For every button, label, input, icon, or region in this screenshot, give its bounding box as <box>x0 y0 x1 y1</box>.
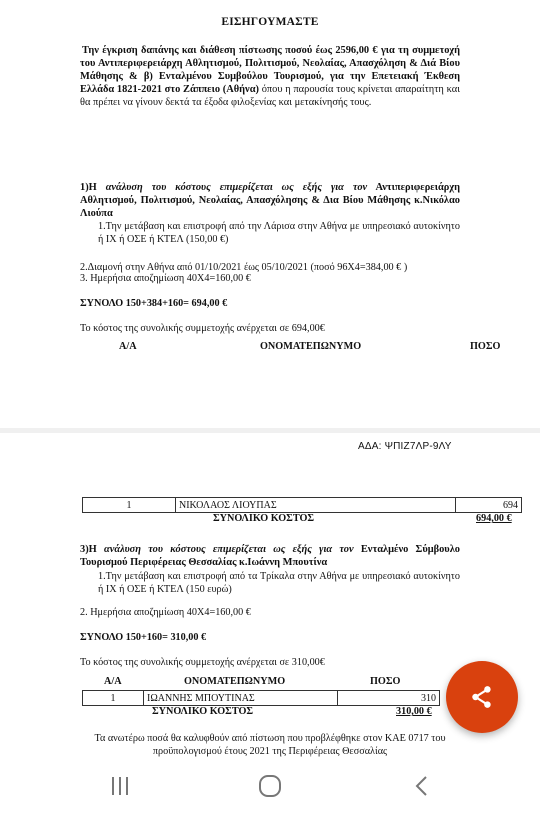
table1-header-aa: Α/Α <box>119 341 137 352</box>
ada-code: ΑΔΑ: ΨΠΙΖ7ΛΡ-9ΛΥ <box>358 441 452 452</box>
table1: 1 ΝΙΚΟΛΑΟΣ ΛΙΟΥΠΑΣ 694 <box>82 497 522 513</box>
section1-item1: 1.Την μετάβαση και επιστροφή από την Λάρ… <box>98 221 460 246</box>
section3-item1: 1.Την μετάβαση και επιστροφή από τα Τρίκ… <box>98 571 460 596</box>
section1-total: ΣΥΝΟΛΟ 150+384+160= 694,00 € <box>80 298 480 311</box>
home-button[interactable] <box>250 773 290 799</box>
home-icon <box>258 774 282 798</box>
navigation-bar <box>0 763 540 818</box>
section1-cost-sentence: Το κόστος της συνολικής συμμετοχής ανέρχ… <box>80 323 480 336</box>
table2-header-aa: Α/Α <box>104 676 122 687</box>
table1-cell-amount: 694 <box>456 498 522 513</box>
table1-cell-aa: 1 <box>83 498 176 513</box>
table2-cell-amount: 310 <box>338 691 440 706</box>
back-icon <box>412 774 432 798</box>
table1-header-name: ΟΝΟΜΑΤΕΠΩΝΥΜΟ <box>260 341 361 352</box>
table1-total-label: ΣΥΝΟΛΙΚΟ ΚΟΣΤΟΣ <box>213 513 314 524</box>
section1-item3: 3. Ημερήσια αποζημίωση 40Χ4=160,00 € <box>80 273 480 286</box>
document-title: ΕΙΣΗΓΟΥΜΑΣΤΕ <box>0 16 540 28</box>
section3-total: ΣΥΝΟΛΟ 150+160= 310,00 € <box>80 632 480 645</box>
table1-cell-name: ΝΙΚΟΛΑΟΣ ΛΙΟΥΠΑΣ <box>176 498 456 513</box>
table2-header-amount: ΠΟΣΟ <box>370 676 400 687</box>
section1-heading: 1)Η ανάλυση του κόστους επιμερίζεται ως … <box>80 181 460 220</box>
section3-cost-sentence: Το κόστος της συνολικής συμμετοχής ανέρχ… <box>80 657 480 670</box>
table2-cell-aa: 1 <box>83 691 144 706</box>
intro-paragraph: Την έγκριση δαπάνης και διάθεση πίστωσης… <box>80 44 460 109</box>
share-button[interactable] <box>446 661 518 733</box>
footer-line-2: προϋπολογισμού έτους 2021 της Περιφέρεια… <box>70 746 470 759</box>
table2-total-label: ΣΥΝΟΛΙΚΟ ΚΟΣΤΟΣ <box>152 706 253 717</box>
table1-total-value: 694,00 € <box>476 513 512 524</box>
back-button[interactable] <box>402 773 442 799</box>
table-row: 1 ΝΙΚΟΛΑΟΣ ΛΙΟΥΠΑΣ 694 <box>83 498 522 513</box>
table2-total-value: 310,00 € <box>396 706 432 717</box>
section3-heading: 3)Η ανάλυση του κόστους επιμερίζεται ως … <box>80 543 460 569</box>
document-page-1: ΕΙΣΗΓΟΥΜΑΣΤΕ Την έγκριση δαπάνης και διά… <box>0 0 540 428</box>
footer-line-1: Τα ανωτέρω ποσά θα καλυφθούν από πίστωση… <box>70 733 470 746</box>
table2-header-name: ΟΝΟΜΑΤΕΠΩΝΥΜΟ <box>184 676 285 687</box>
recents-button[interactable] <box>100 773 140 799</box>
table2-cell-name: ΙΩΑΝΝΗΣ ΜΠΟΥΤΙΝΑΣ <box>144 691 338 706</box>
recents-icon <box>109 775 131 797</box>
table2: 1 ΙΩΑΝΝΗΣ ΜΠΟΥΤΙΝΑΣ 310 <box>82 690 440 706</box>
section3-item2: 2. Ημερήσια αποζημίωση 40Χ4=160,00 € <box>80 607 480 620</box>
table-row: 1 ΙΩΑΝΝΗΣ ΜΠΟΥΤΙΝΑΣ 310 <box>83 691 440 706</box>
table1-header-amount: ΠΟΣΟ <box>470 341 500 352</box>
share-icon <box>469 684 495 710</box>
